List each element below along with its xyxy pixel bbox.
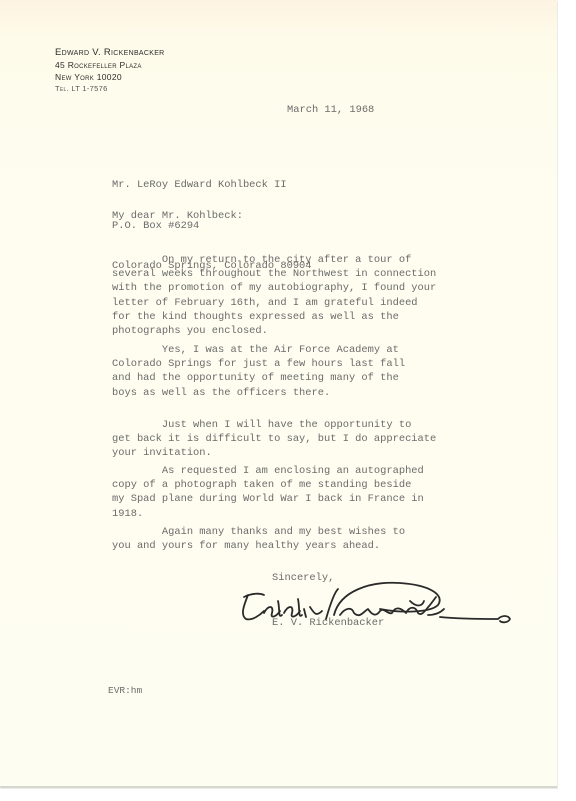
- body-paragraph: Just when I will have the opportunity to…: [112, 418, 436, 461]
- letterhead-street: 45 Rockefeller Plaza: [55, 59, 165, 71]
- body-paragraph: As requested I am enclosing an autograph…: [112, 464, 424, 521]
- recipient-name: Mr. LeRoy Edward Kohlbeck II: [112, 179, 312, 193]
- letterhead-telephone: Tel. LT 1-7576: [55, 83, 165, 95]
- letterhead: Edward V. Rickenbacker 45 Rockefeller Pl…: [55, 47, 165, 95]
- letterhead-name: Edward V. Rickenbacker: [55, 47, 165, 59]
- body-paragraph: Yes, I was at the Air Force Academy at C…: [112, 343, 405, 400]
- salutation: My dear Mr. Kohlbeck:: [112, 210, 243, 222]
- reference-initials: EVR:hm: [108, 685, 142, 696]
- signer-typed-name: E. V. Rickenbacker: [272, 617, 384, 629]
- letter-page: Edward V. Rickenbacker 45 Rockefeller Pl…: [0, 0, 557, 788]
- letter-date: March 11, 1968: [287, 104, 374, 116]
- body-paragraph: Again many thanks and my best wishes to …: [112, 525, 405, 553]
- body-paragraph: On my return to the city after a tour of…: [112, 253, 436, 338]
- letterhead-city: New York 10020: [55, 71, 165, 83]
